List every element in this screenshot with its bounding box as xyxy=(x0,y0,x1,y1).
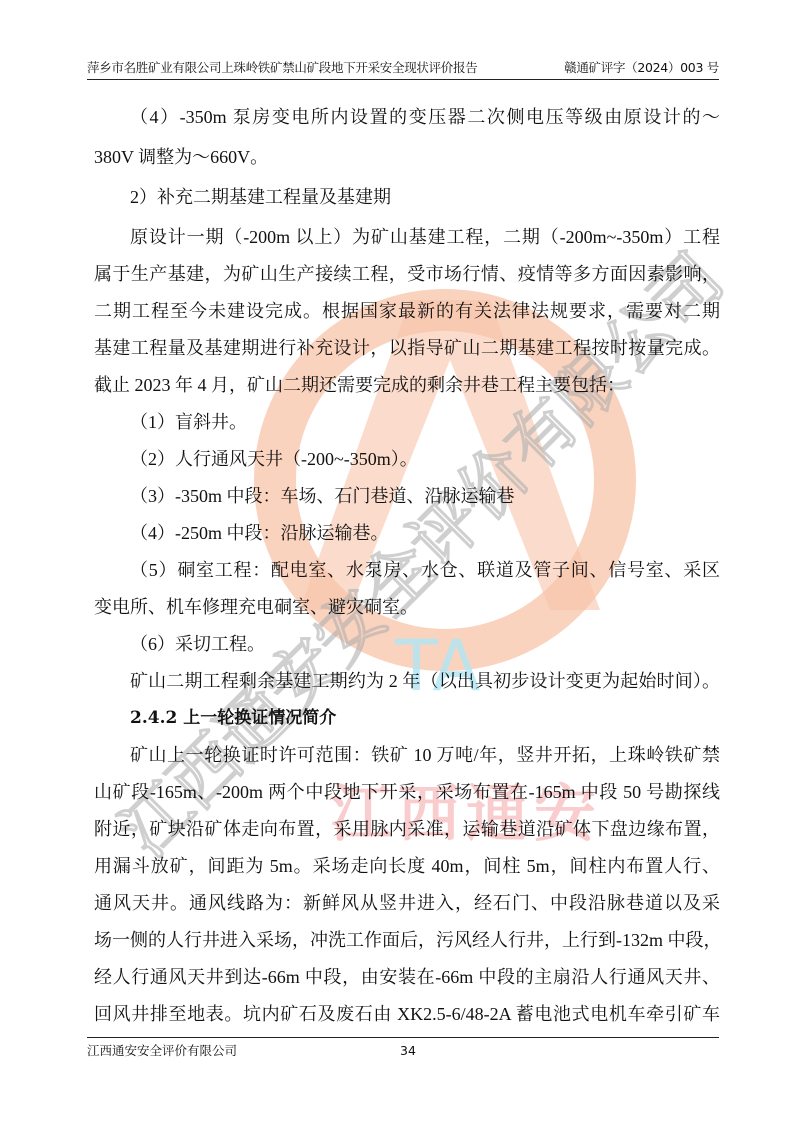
subsection-heading: 2）补充二期基建工程量及基建期 xyxy=(130,182,391,212)
list-item: （4）-250m 中段：沿脉运输巷。 xyxy=(130,518,389,548)
paragraph-line: 矿山二期工程剩余基建工期约为 2 年（以出具初步设计变更为起始时间）。 xyxy=(130,666,720,696)
paragraph-line: 原设计一期（-200m 以上）为矿山基建工程，二期（-200m~-350m）工程 xyxy=(130,222,720,252)
paragraph-line: 回风井排至地表。坑内矿石及废石由 XK2.5-6/48-2A 蓄电池式电机车牵引… xyxy=(94,999,720,1029)
paragraph-line: 山矿段-165m、-200m 两个中段地下开采，采场布置在-165m 中段 50… xyxy=(94,777,720,807)
paragraph-line: 场一侧的人行井进入采场，冲洗工作面后，污风经人行井，上行到-132m 中段， xyxy=(94,925,720,955)
page-footer: 江西通安安全评价有限公司 34 xyxy=(87,1037,719,1059)
paragraph-line: 矿山上一轮换证时许可范围：铁矿 10 万吨/年，竖井开拓，上珠岭铁矿禁 xyxy=(130,740,720,770)
paragraph-line: 属于生产基建，为矿山生产接续工程，受市场行情、疫情等多方面因素影响， xyxy=(94,259,720,289)
paragraph-line: （4）-350m 泵房变电所内设置的变压器二次侧电压等级由原设计的～ xyxy=(130,102,720,132)
paragraph-line: 基建工程量及基建期进行补充设计，以指导矿山二期基建工程按时按量完成。 xyxy=(94,333,720,363)
paragraph-line: 用漏斗放矿，间距为 5m。采场走向长度 40m，间柱 5m，间柱内布置人行、 xyxy=(94,851,720,881)
paragraph-line: 380V 调整为～660V。 xyxy=(94,142,268,172)
report-title: 萍乡市名胜矿业有限公司上珠岭铁矿禁山矿段地下开采安全现状评价报告 xyxy=(87,58,477,76)
page-header: 萍乡市名胜矿业有限公司上珠岭铁矿禁山矿段地下开采安全现状评价报告 赣通矿评字（2… xyxy=(87,54,719,80)
paragraph-line: 通风天井。通风线路为：新鲜风从竖井进入，经石门、中段沿脉巷道以及采 xyxy=(94,888,720,918)
section-heading: 2.4.2 上一轮换证情况简介 xyxy=(130,703,336,733)
list-item: （1）盲斜井。 xyxy=(130,407,247,437)
document-number: 赣通矿评字（2024）003 号 xyxy=(564,58,719,76)
paragraph-line: 经人行通风天井到达-66m 中段，由安装在-66m 中段的主扇沿人行通风天井、 xyxy=(94,962,720,992)
page-number: 34 xyxy=(400,1043,416,1058)
list-item: （3）-350m 中段：车场、石门巷道、沿脉运输巷 xyxy=(130,481,515,511)
paragraph-line: 截止 2023 年 4 月，矿山二期还需要完成的剩余井巷工程主要包括： xyxy=(94,370,625,400)
list-item: （6）采切工程。 xyxy=(130,629,265,659)
footer-company: 江西通安安全评价有限公司 xyxy=(87,1043,237,1058)
paragraph-line: 附近，矿块沿矿体走向布置，采用脉内采准，运输巷道沿矿体下盘边缘布置， xyxy=(94,814,720,844)
paragraph-line: 二期工程至今未建设完成。根据国家最新的有关法律法规要求，需要对二期 xyxy=(94,296,720,326)
list-item: （2）人行通风天井（-200~-350m）。 xyxy=(130,444,418,474)
list-item-continuation: 变电所、机车修理充电硐室、避灾硐室。 xyxy=(94,592,418,622)
list-item: （5）硐室工程：配电室、水泵房、水仓、联道及管子间、信号室、采区 xyxy=(130,555,720,585)
